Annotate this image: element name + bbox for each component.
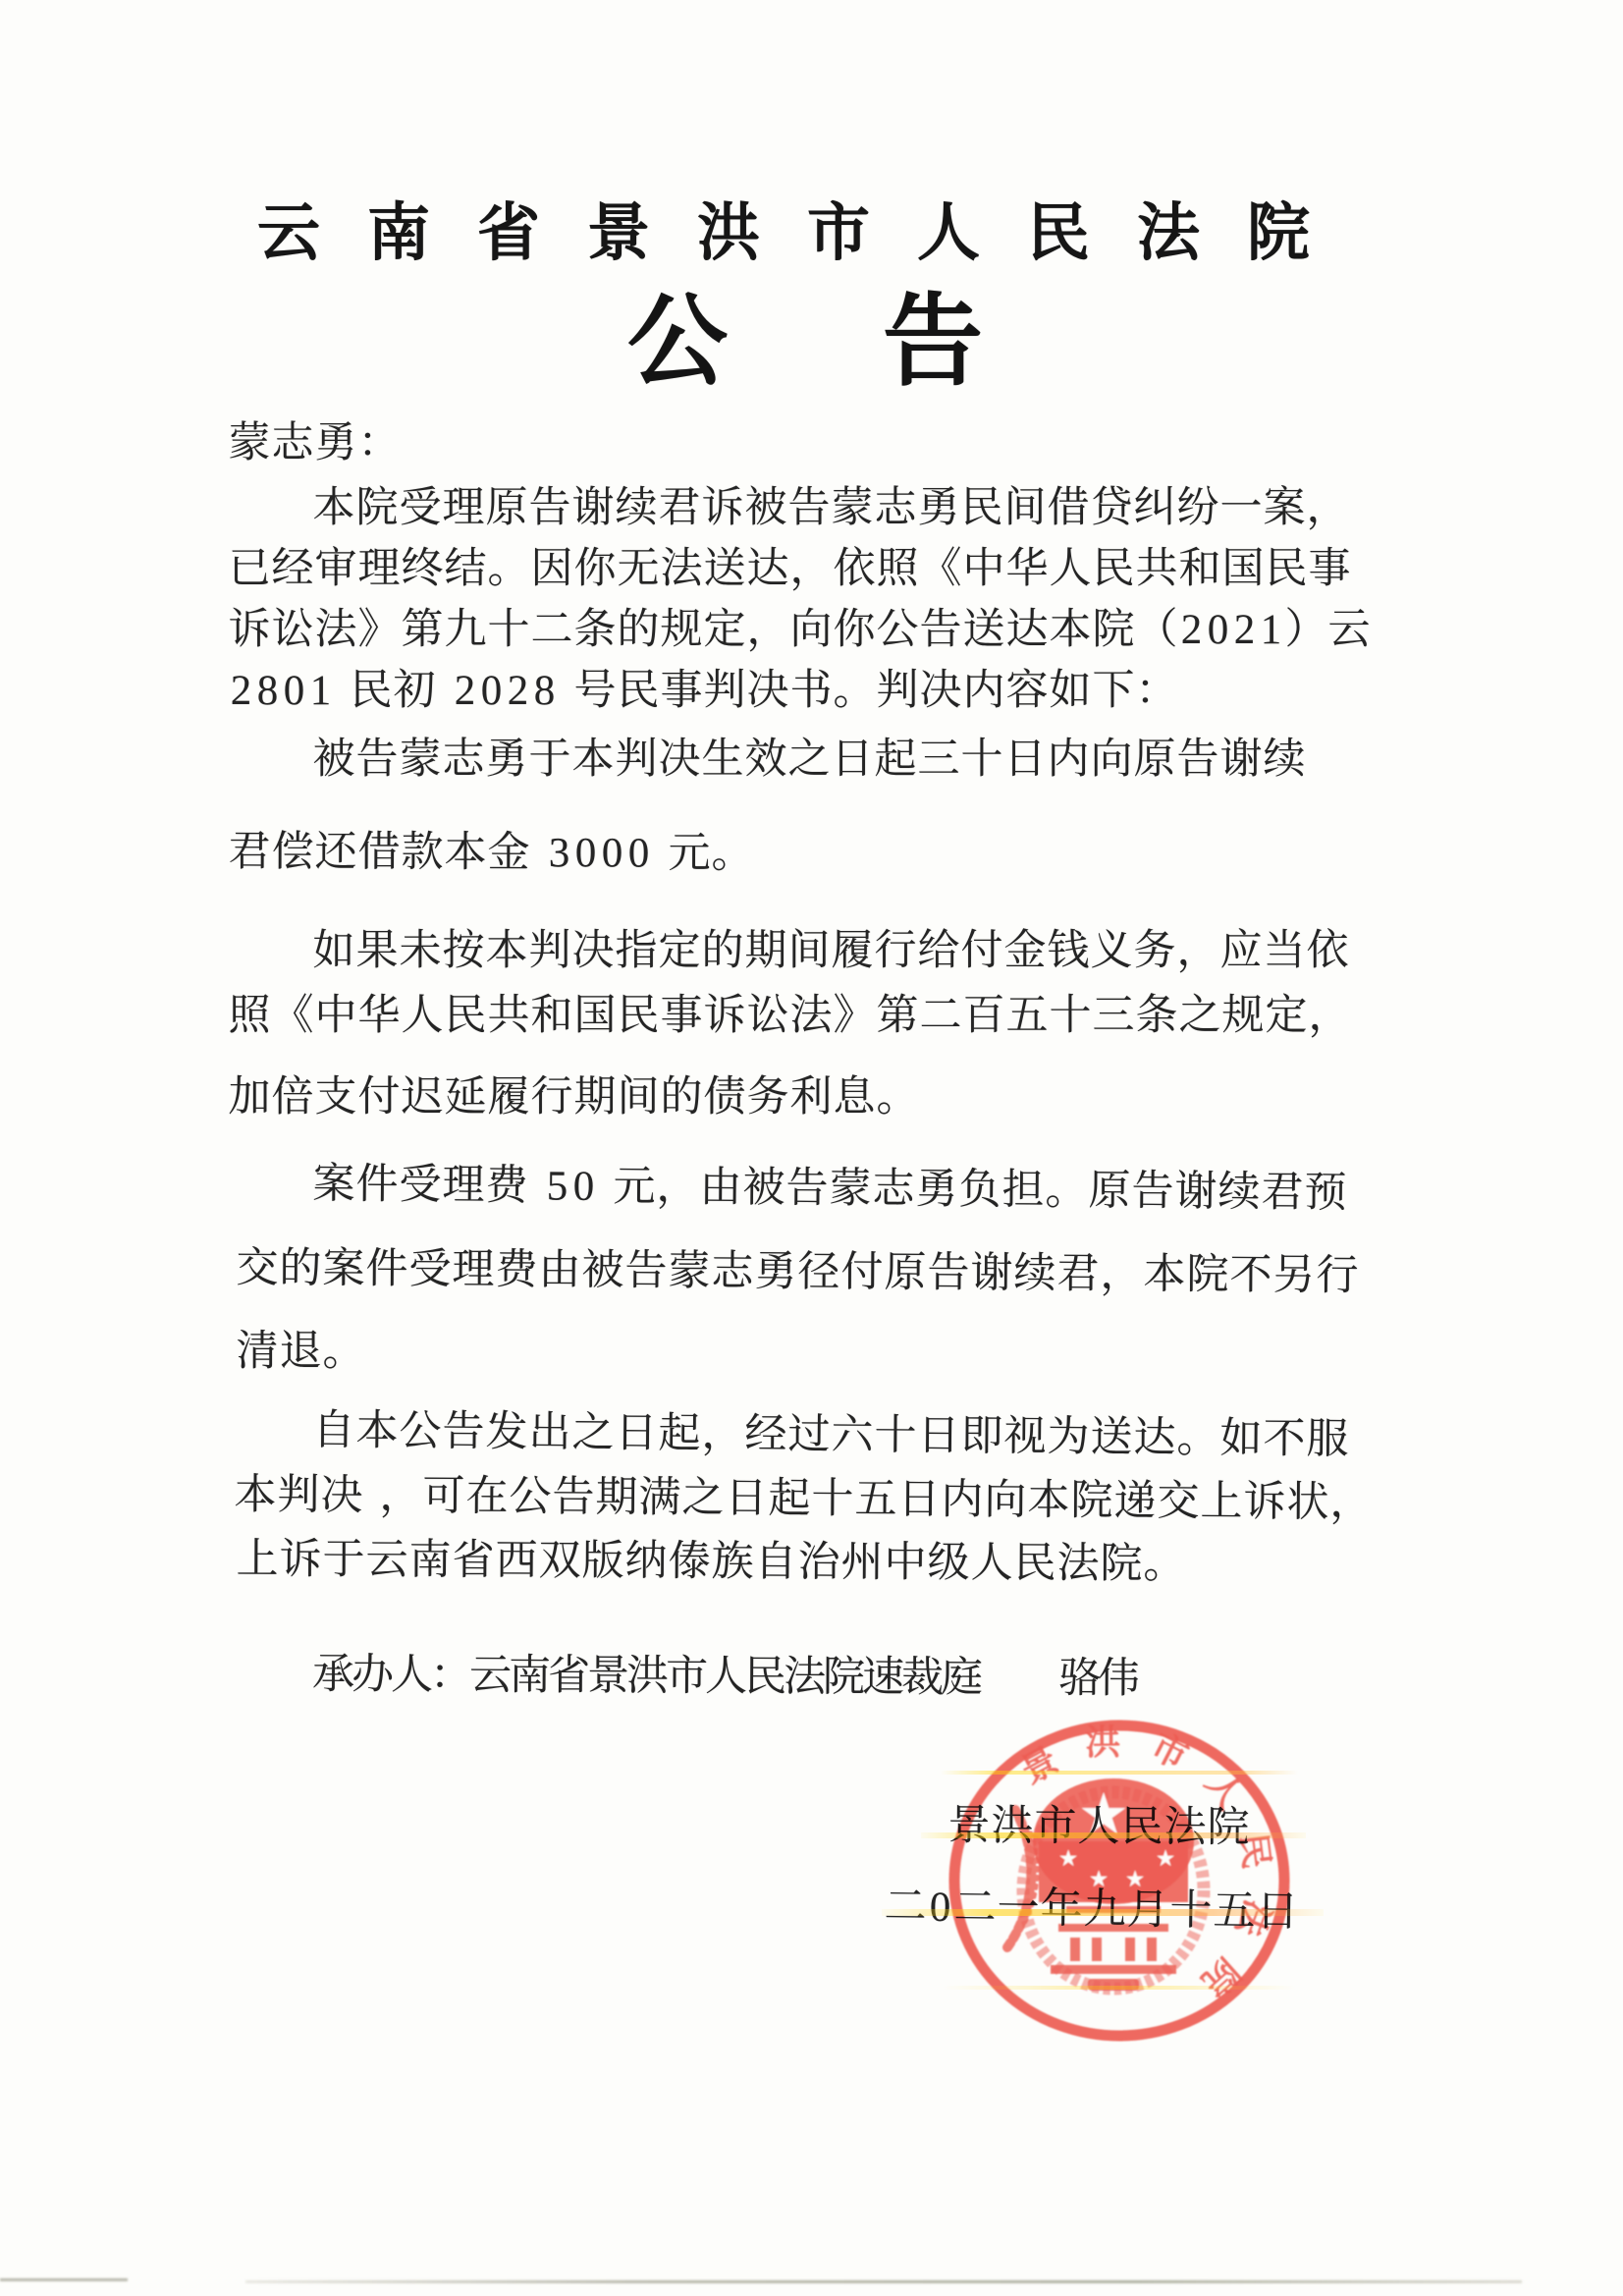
glyph: 族 <box>711 1537 754 1588</box>
glyph: 云 <box>365 1535 408 1586</box>
glyph: 傣 <box>668 1537 711 1588</box>
glyph: 息 <box>833 1072 876 1123</box>
glyph: 被 <box>744 483 787 534</box>
glyph: 如 <box>312 926 355 977</box>
glyph: 利 <box>789 1072 833 1123</box>
glyph: 勇 <box>314 418 357 469</box>
glyph <box>528 1161 544 1212</box>
glyph: 志 <box>442 735 485 786</box>
glyph: 履 <box>487 1072 530 1123</box>
glyph: 你 <box>573 544 617 595</box>
glyph: 。 <box>322 1327 365 1378</box>
glyph: 。 <box>876 1072 919 1123</box>
glyph: ， <box>746 605 789 656</box>
glyph: 理 <box>452 1245 495 1296</box>
glyph: 退 <box>279 1327 322 1378</box>
glyph: 民 <box>444 991 487 1042</box>
glyph: 定 <box>658 926 701 977</box>
glyph: 款 <box>401 828 444 879</box>
glyph <box>363 1471 379 1522</box>
glyph: 本 <box>1027 1476 1070 1527</box>
glyph: 生 <box>701 735 744 786</box>
glyph: 告 <box>552 1472 595 1523</box>
glyph: 容 <box>1005 666 1049 717</box>
glyph: 民 <box>960 483 1003 534</box>
glyph: 金 <box>487 828 530 879</box>
glyph: 告 <box>787 483 831 534</box>
glyph: 。 <box>1045 1166 1088 1217</box>
glyph: 谢 <box>1219 735 1263 786</box>
glyph: 你 <box>833 605 876 656</box>
glyph: 依 <box>1306 926 1349 977</box>
glyph: 谢 <box>571 483 615 534</box>
glyph: ， <box>1176 926 1219 977</box>
court-title-char: 云 <box>234 196 344 271</box>
glyph: 服 <box>1306 1414 1349 1465</box>
glyph: 志 <box>711 1246 754 1297</box>
glyph: 务 <box>1133 926 1176 977</box>
body-line: 君偿还借款本金 3000 元。 <box>228 827 754 884</box>
glyph: 蒙 <box>228 418 271 469</box>
glyph: 君 <box>658 483 701 534</box>
glyph: 审 <box>314 544 357 595</box>
glyph: 起 <box>768 1474 811 1525</box>
glyph: 日 <box>725 1473 768 1524</box>
glyph: 内 <box>1047 735 1090 786</box>
glyph: 。 <box>833 666 876 717</box>
glyph: ， <box>1306 483 1349 534</box>
glyph: 5 <box>544 1161 570 1212</box>
glyph: 延 <box>444 1072 487 1123</box>
glyph: 蒙 <box>829 1164 872 1215</box>
glyph: 承 <box>312 1650 352 1701</box>
official-court-seal: 景洪市人民法院 ★ ★ ★ ★ ★ <box>923 1694 1316 2077</box>
glyph: ， <box>1329 1478 1373 1529</box>
glyph: 初 <box>393 666 436 717</box>
glyph: 日 <box>897 1475 941 1526</box>
glyph: 华 <box>357 991 401 1042</box>
glyph: 0 <box>599 828 625 879</box>
glyph: 视 <box>1003 1412 1047 1463</box>
glyph: 民 <box>350 666 393 717</box>
glyph: 十 <box>487 605 530 656</box>
glyph: 西 <box>495 1536 538 1587</box>
glyph: 定 <box>703 605 746 656</box>
glyph: 民 <box>1092 544 1135 595</box>
glyph: 二 <box>884 1882 928 1934</box>
glyph: 件 <box>355 1160 399 1211</box>
glyph: 中 <box>314 991 357 1042</box>
glyph: 讼 <box>746 991 789 1042</box>
court-title-char: 市 <box>784 196 893 271</box>
glyph: 治 <box>797 1537 840 1588</box>
glyph: 案 <box>322 1244 365 1295</box>
glyph: 和 <box>1178 544 1221 595</box>
body-line: 照《中华人民共和国民事诉讼法》第二百五十三条之规定， <box>228 991 1351 1046</box>
glyph: 速 <box>862 1653 901 1704</box>
glyph: 借 <box>1047 483 1090 534</box>
glyph: 清 <box>236 1327 279 1378</box>
glyph: 法 <box>660 544 703 595</box>
glyph: 送 <box>703 544 746 595</box>
glyph: 预 <box>1304 1168 1347 1219</box>
glyph: ， <box>1308 991 1351 1042</box>
glyph: 判 <box>876 666 919 717</box>
glyph: 本 <box>571 735 615 786</box>
body-line: 2801 民初 2028 号民事判决书。判决内容如下： <box>228 666 1178 721</box>
glyph: 告 <box>442 1407 485 1458</box>
glyph: 应 <box>1219 926 1263 977</box>
glyph: 规 <box>1221 991 1265 1042</box>
glyph: 本 <box>444 828 487 879</box>
glyph: 共 <box>1135 544 1178 595</box>
glyph: 诉 <box>701 483 744 534</box>
glyph: 无 <box>617 544 660 595</box>
glyph <box>436 666 452 717</box>
glyph: 志 <box>874 483 917 534</box>
glyph: 期 <box>573 1072 617 1123</box>
glyph: 上 <box>236 1534 279 1585</box>
glyph: 号 <box>573 666 617 717</box>
glyph: 向 <box>1090 735 1133 786</box>
glyph: 华 <box>1005 544 1049 595</box>
glyph: 于 <box>528 735 571 786</box>
glyph: 人 <box>391 1650 430 1701</box>
glyph: 中 <box>884 1538 927 1589</box>
glyph: 元 <box>613 1162 656 1213</box>
court-title-char: 人 <box>893 196 1003 271</box>
glyph: ： <box>430 1650 469 1701</box>
glyph: 务 <box>746 1072 789 1123</box>
glyph: 判 <box>277 1470 320 1521</box>
glyph: 间 <box>787 926 831 977</box>
glyph: 法 <box>789 991 833 1042</box>
glyph: 借 <box>357 828 401 879</box>
notice-title: 公告 <box>579 287 1031 405</box>
glyph: 续 <box>1217 1167 1261 1218</box>
glyph: 之 <box>571 1408 615 1459</box>
glyph: 公 <box>509 1472 552 1523</box>
glyph: 期 <box>744 926 787 977</box>
glyph: 九 <box>444 605 487 656</box>
glyph: 决 <box>658 735 701 786</box>
glyph: 五 <box>1005 991 1049 1042</box>
glyph: 送 <box>1090 1412 1133 1463</box>
glyph: ： <box>357 418 401 469</box>
glyph: 讼 <box>271 605 314 656</box>
glyph: 不 <box>1263 1414 1306 1465</box>
glyph: 指 <box>615 926 658 977</box>
glyph: 元 <box>668 829 711 880</box>
glyph: 。 <box>1143 1539 1186 1590</box>
glyph: 向 <box>789 605 833 656</box>
glyph <box>652 829 668 880</box>
body-line: 加倍支付迟延履行期间的债务利息。 <box>228 1072 919 1127</box>
glyph: 本 <box>355 1406 399 1457</box>
glyph: 法 <box>314 605 357 656</box>
glyph: 规 <box>660 605 703 656</box>
glyph: ， <box>701 1409 744 1460</box>
glyph: 被 <box>581 1245 624 1296</box>
glyph: 诉 <box>228 605 271 656</box>
glyph: 1 <box>1258 605 1284 656</box>
glyph: 由 <box>538 1245 581 1296</box>
glyph: 云 <box>1327 605 1371 656</box>
glyph: 依 <box>833 544 876 595</box>
glyph: 为 <box>1047 1412 1090 1463</box>
glyph: 蒙 <box>399 735 442 786</box>
glyph: 件 <box>365 1244 408 1295</box>
glyph: ， <box>656 1162 699 1213</box>
glyph: 支 <box>314 1072 357 1123</box>
glyph: 履 <box>831 926 874 977</box>
glyph: 国 <box>1221 544 1265 595</box>
glyph: 付 <box>357 1072 401 1123</box>
glyph: 百 <box>962 991 1005 1042</box>
glyph: 本 <box>1143 1249 1186 1300</box>
scan-edge-artifact <box>245 2280 1522 2283</box>
glyph: 民 <box>744 1652 784 1703</box>
glyph: 本 <box>234 1470 277 1521</box>
glyph: 三 <box>917 735 960 786</box>
glyph: 谢 <box>970 1248 1013 1299</box>
svg-text:★: ★ <box>1156 1846 1176 1872</box>
glyph: 被 <box>312 735 355 786</box>
glyph: 在 <box>465 1472 509 1523</box>
glyph: 理 <box>357 544 401 595</box>
glyph: 。 <box>711 829 754 880</box>
body-line: 如果未按本判决指定的期间履行给付金钱义务，应当依 <box>312 926 1349 981</box>
glyph: 判 <box>703 666 746 717</box>
glyph: 人 <box>1049 544 1092 595</box>
glyph: 事 <box>660 666 703 717</box>
glyph: 告 <box>528 483 571 534</box>
glyph: 2 <box>1231 605 1258 656</box>
glyph: 告 <box>1176 735 1219 786</box>
glyph: 结 <box>444 544 487 595</box>
glyph: 达 <box>1005 605 1049 656</box>
glyph: 交 <box>236 1243 279 1294</box>
glyph: 判 <box>528 926 571 977</box>
glyph: 终 <box>401 544 444 595</box>
glyph: 0 <box>281 666 307 717</box>
glyph: 照 <box>876 544 919 595</box>
glyph: 中 <box>962 544 1005 595</box>
glyph: 州 <box>840 1538 884 1589</box>
glyph: 法 <box>1056 1539 1100 1590</box>
body-line: 本院受理原告谢续君诉被告蒙志勇民间借贷纠纷一案， <box>312 483 1349 538</box>
glyph: 0 <box>572 828 599 879</box>
glyph: 0 <box>1205 605 1231 656</box>
glyph: 2 <box>228 666 254 717</box>
glyph: 告 <box>927 1248 970 1299</box>
glyph: 纷 <box>1176 483 1219 534</box>
glyph: 即 <box>960 1411 1003 1462</box>
glyph: 原 <box>884 1248 927 1299</box>
svg-text:★: ★ <box>1125 1867 1146 1892</box>
glyph: 院 <box>1100 1539 1143 1590</box>
glyph: 云 <box>469 1651 509 1702</box>
glyph: 行 <box>1316 1251 1359 1302</box>
glyph: 送 <box>962 605 1005 656</box>
glyph <box>597 1162 613 1213</box>
court-title-char: 省 <box>454 196 564 271</box>
glyph: 志 <box>872 1164 915 1215</box>
glyph: 省 <box>452 1536 495 1587</box>
body-line: 清退。 <box>236 1327 365 1382</box>
glyph: 满 <box>638 1473 681 1524</box>
body-line: 本判决 ，可在公告期满之日起十五日内向本院递交上诉状， <box>234 1470 1373 1533</box>
glyph: 民 <box>1265 544 1308 595</box>
glyph: 版 <box>581 1536 624 1587</box>
glyph: 原 <box>1088 1166 1131 1217</box>
glyph: 效 <box>744 735 787 786</box>
glyph: 事 <box>1308 544 1351 595</box>
glyph: 。 <box>487 544 530 595</box>
glyph: 起 <box>658 1408 701 1459</box>
glyph: 之 <box>787 735 831 786</box>
glyph: 照 <box>228 991 271 1042</box>
glyph: 0 <box>625 828 652 879</box>
glyph: 义 <box>1090 926 1133 977</box>
glyph: 勇 <box>754 1247 797 1298</box>
glyph: 二 <box>919 991 962 1042</box>
glyph: 省 <box>548 1651 587 1702</box>
glyph: 经 <box>271 544 314 595</box>
glyph: 纠 <box>1133 483 1176 534</box>
glyph: 达 <box>1133 1413 1176 1464</box>
glyph: 二 <box>530 605 573 656</box>
glyph: 的 <box>617 605 660 656</box>
court-title-char: 民 <box>1003 196 1113 271</box>
court-title-char: 洪 <box>674 196 784 271</box>
glyph: 径 <box>797 1247 840 1298</box>
glyph: 期 <box>595 1473 638 1524</box>
glyph: 状 <box>1286 1477 1329 1528</box>
glyph: 本 <box>1049 605 1092 656</box>
glyph: 加 <box>228 1072 271 1123</box>
glyph: 费 <box>495 1245 538 1296</box>
glyph: 民 <box>1013 1539 1056 1590</box>
glyph: 决 <box>746 666 789 717</box>
glyph: 院 <box>1186 1250 1229 1301</box>
glyph: 可 <box>422 1471 465 1522</box>
glyph: 自 <box>754 1537 797 1588</box>
glyph: 出 <box>528 1407 571 1458</box>
glyph: 民 <box>617 991 660 1042</box>
glyph: 续 <box>1263 735 1306 786</box>
glyph: 南 <box>509 1651 548 1702</box>
glyph: 蒙 <box>831 483 874 534</box>
glyph: 过 <box>787 1410 831 1461</box>
glyph: 市 <box>666 1652 705 1703</box>
glyph: 》 <box>833 991 876 1042</box>
glyph: 还 <box>314 827 357 878</box>
glyph: 交 <box>1157 1477 1200 1528</box>
glyph: 日 <box>615 1408 658 1459</box>
glyph: 五 <box>854 1474 897 1525</box>
glyph: 双 <box>538 1536 581 1587</box>
glyph: 法 <box>784 1652 823 1703</box>
glyph: 行 <box>874 926 917 977</box>
glyph: 诉 <box>279 1535 322 1586</box>
glyph: 蒙 <box>668 1246 711 1297</box>
glyph: 原 <box>1133 735 1176 786</box>
glyph: 级 <box>927 1538 970 1589</box>
glyph: 0 <box>570 1162 597 1213</box>
glyph: 按 <box>442 926 485 977</box>
glyph: 达 <box>746 544 789 595</box>
glyph: 书 <box>789 666 833 717</box>
glyph: 和 <box>530 991 573 1042</box>
glyph: 金 <box>1003 926 1047 977</box>
national-emblem-icon: ★ ★ ★ ★ ★ <box>1023 1778 1204 1991</box>
glyph: 志 <box>271 418 314 469</box>
glyph: ， <box>1100 1249 1143 1300</box>
glyph: ： <box>1135 666 1178 717</box>
glyph: 案 <box>1263 483 1306 534</box>
glyph: 因 <box>530 544 573 595</box>
notice-title-char: 公 <box>579 287 776 405</box>
glyph: 院 <box>1092 605 1135 656</box>
scanned-court-notice-page: { "page": { "background": "#fdfdfb" }, "… <box>0 0 1623 2296</box>
glyph: 人 <box>970 1538 1013 1589</box>
glyph: 十 <box>811 1474 854 1525</box>
glyph: 2 <box>505 666 531 717</box>
glyph: 迟 <box>401 1072 444 1123</box>
glyph: 决 <box>320 1471 363 1522</box>
glyph: 上 <box>1200 1477 1243 1528</box>
glyph: 第 <box>401 605 444 656</box>
glyph: 君 <box>228 827 271 878</box>
glyph: 付 <box>840 1247 884 1298</box>
glyph: 给 <box>917 926 960 977</box>
glyph: 告 <box>785 1164 829 1215</box>
glyph: 》 <box>357 605 401 656</box>
glyph: 君 <box>1261 1168 1304 1219</box>
glyph: 决 <box>571 926 615 977</box>
glyph: 之 <box>681 1473 725 1524</box>
glyph: 费 <box>485 1161 528 1212</box>
glyph: 续 <box>1013 1249 1056 1300</box>
glyph: 。 <box>1176 1413 1219 1464</box>
glyph: 洪 <box>626 1651 666 1702</box>
scan-edge-artifact <box>0 2278 128 2281</box>
glyph: 3 <box>546 828 572 879</box>
glyph: 告 <box>624 1246 668 1297</box>
svg-text:★: ★ <box>1089 1867 1109 1892</box>
glyph: 当 <box>1263 926 1306 977</box>
glyph: 被 <box>742 1163 785 1214</box>
glyph: 勇 <box>485 735 528 786</box>
glyph: 决 <box>919 666 962 717</box>
notice-title-char: 告 <box>835 287 1031 405</box>
glyph: 六 <box>831 1410 874 1461</box>
glyph: ， <box>379 1471 422 1522</box>
glyph: 办 <box>352 1650 391 1701</box>
glyph: 十 <box>874 1410 917 1461</box>
glyph: 日 <box>1003 735 1047 786</box>
glyph: 起 <box>874 735 917 786</box>
glyph: 日 <box>917 1411 960 1462</box>
glyph: 日 <box>831 735 874 786</box>
glyph: 的 <box>279 1243 322 1294</box>
glyph: 三 <box>1092 991 1135 1042</box>
glyph: 2 <box>1178 605 1205 656</box>
glyph: 于 <box>322 1535 365 1586</box>
body-line: 诉讼法》第九十二条的规定，向你公告送达本院（2021）云 <box>228 605 1371 660</box>
body-line: 被告蒙志勇于本判决生效之日起三十日内向原告谢续 <box>312 735 1306 790</box>
